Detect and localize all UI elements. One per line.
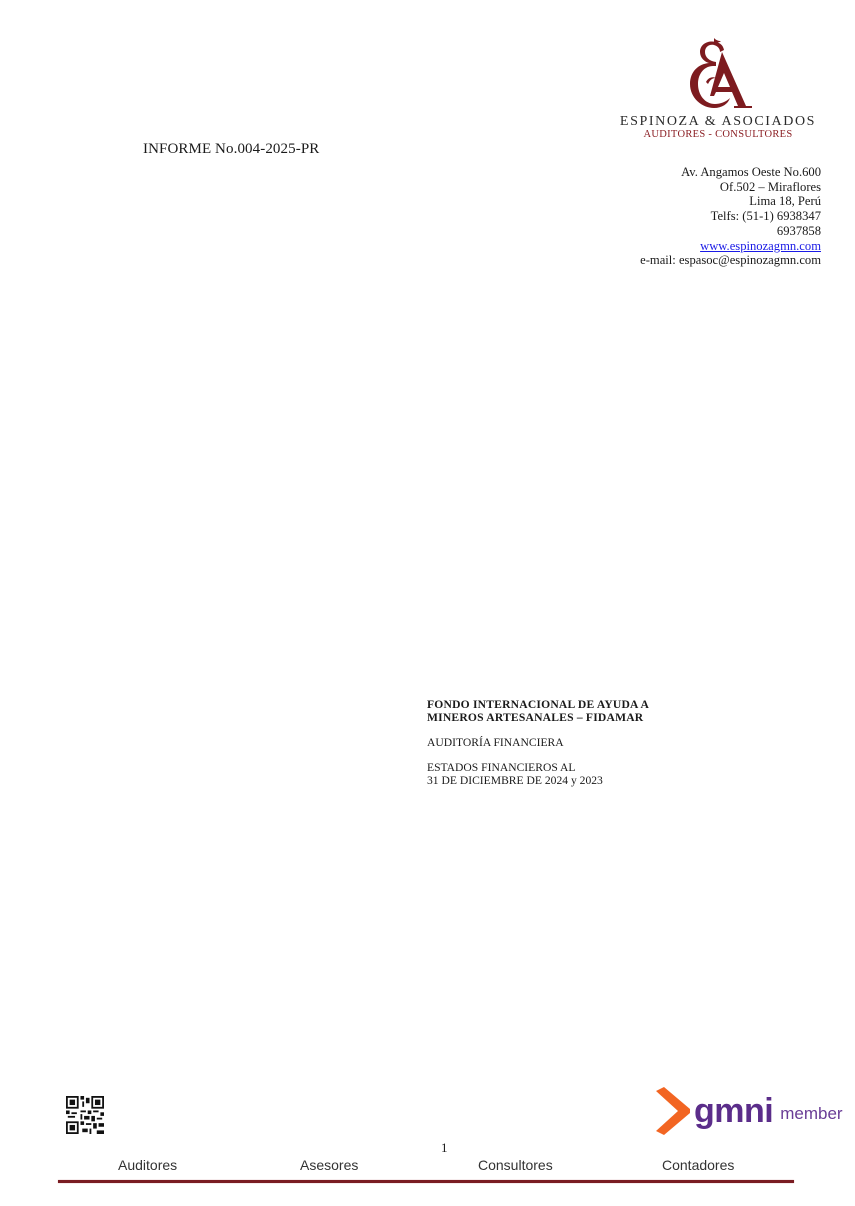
firm-tagline: AUDITORES - CONSULTORES — [612, 129, 824, 140]
address-line-3: Lima 18, Perú — [640, 194, 821, 209]
phone-line-2: 6937858 — [640, 224, 821, 239]
statements-line-1: ESTADOS FINANCIEROS AL — [427, 761, 649, 774]
gmni-member-logo: gmni member — [654, 1087, 843, 1135]
phone-line-1: Telfs: (51-1) 6938347 — [640, 209, 821, 224]
footer-label-auditores: Auditores — [118, 1157, 177, 1173]
page-number: 1 — [441, 1140, 448, 1156]
entity-name-line-2: MINEROS ARTESANALES – FIDAMAR — [427, 711, 649, 724]
address-line-2: Of.502 – Miraflores — [640, 180, 821, 195]
statements-line-2: 31 DE DICIEMBRE DE 2024 y 2023 — [427, 774, 649, 787]
entity-name-line-1: FONDO INTERNACIONAL DE AYUDA A — [427, 698, 649, 711]
chevron-right-icon — [654, 1087, 692, 1135]
email-line: e-mail: espasoc@espinozagmn.com — [640, 253, 821, 268]
footer-label-contadores: Contadores — [662, 1157, 734, 1173]
report-number: INFORME No.004-2025-PR — [143, 141, 319, 158]
document-title-block: FONDO INTERNACIONAL DE AYUDA A MINEROS A… — [427, 698, 649, 799]
footer-services: Auditores Asesores Consultores Contadore… — [58, 1157, 794, 1177]
monogram-ea-icon — [678, 38, 758, 112]
footer-label-consultores: Consultores — [478, 1157, 553, 1173]
audit-type: AUDITORÍA FINANCIERA — [427, 736, 649, 749]
website-link[interactable]: www.espinozagmn.com — [700, 239, 821, 253]
qr-code-icon — [66, 1096, 104, 1134]
address-line-1: Av. Angamos Oeste No.600 — [640, 165, 821, 180]
firm-address: Av. Angamos Oeste No.600 Of.502 – Mirafl… — [640, 165, 821, 268]
gmni-member-label: member — [780, 1104, 842, 1124]
footer-label-asesores: Asesores — [300, 1157, 358, 1173]
footer-divider — [58, 1180, 794, 1183]
gmni-wordmark: gmni — [694, 1094, 773, 1128]
firm-name: ESPINOZA & ASOCIADOS — [612, 114, 824, 130]
firm-logo: ESPINOZA & ASOCIADOS AUDITORES - CONSULT… — [612, 38, 824, 140]
